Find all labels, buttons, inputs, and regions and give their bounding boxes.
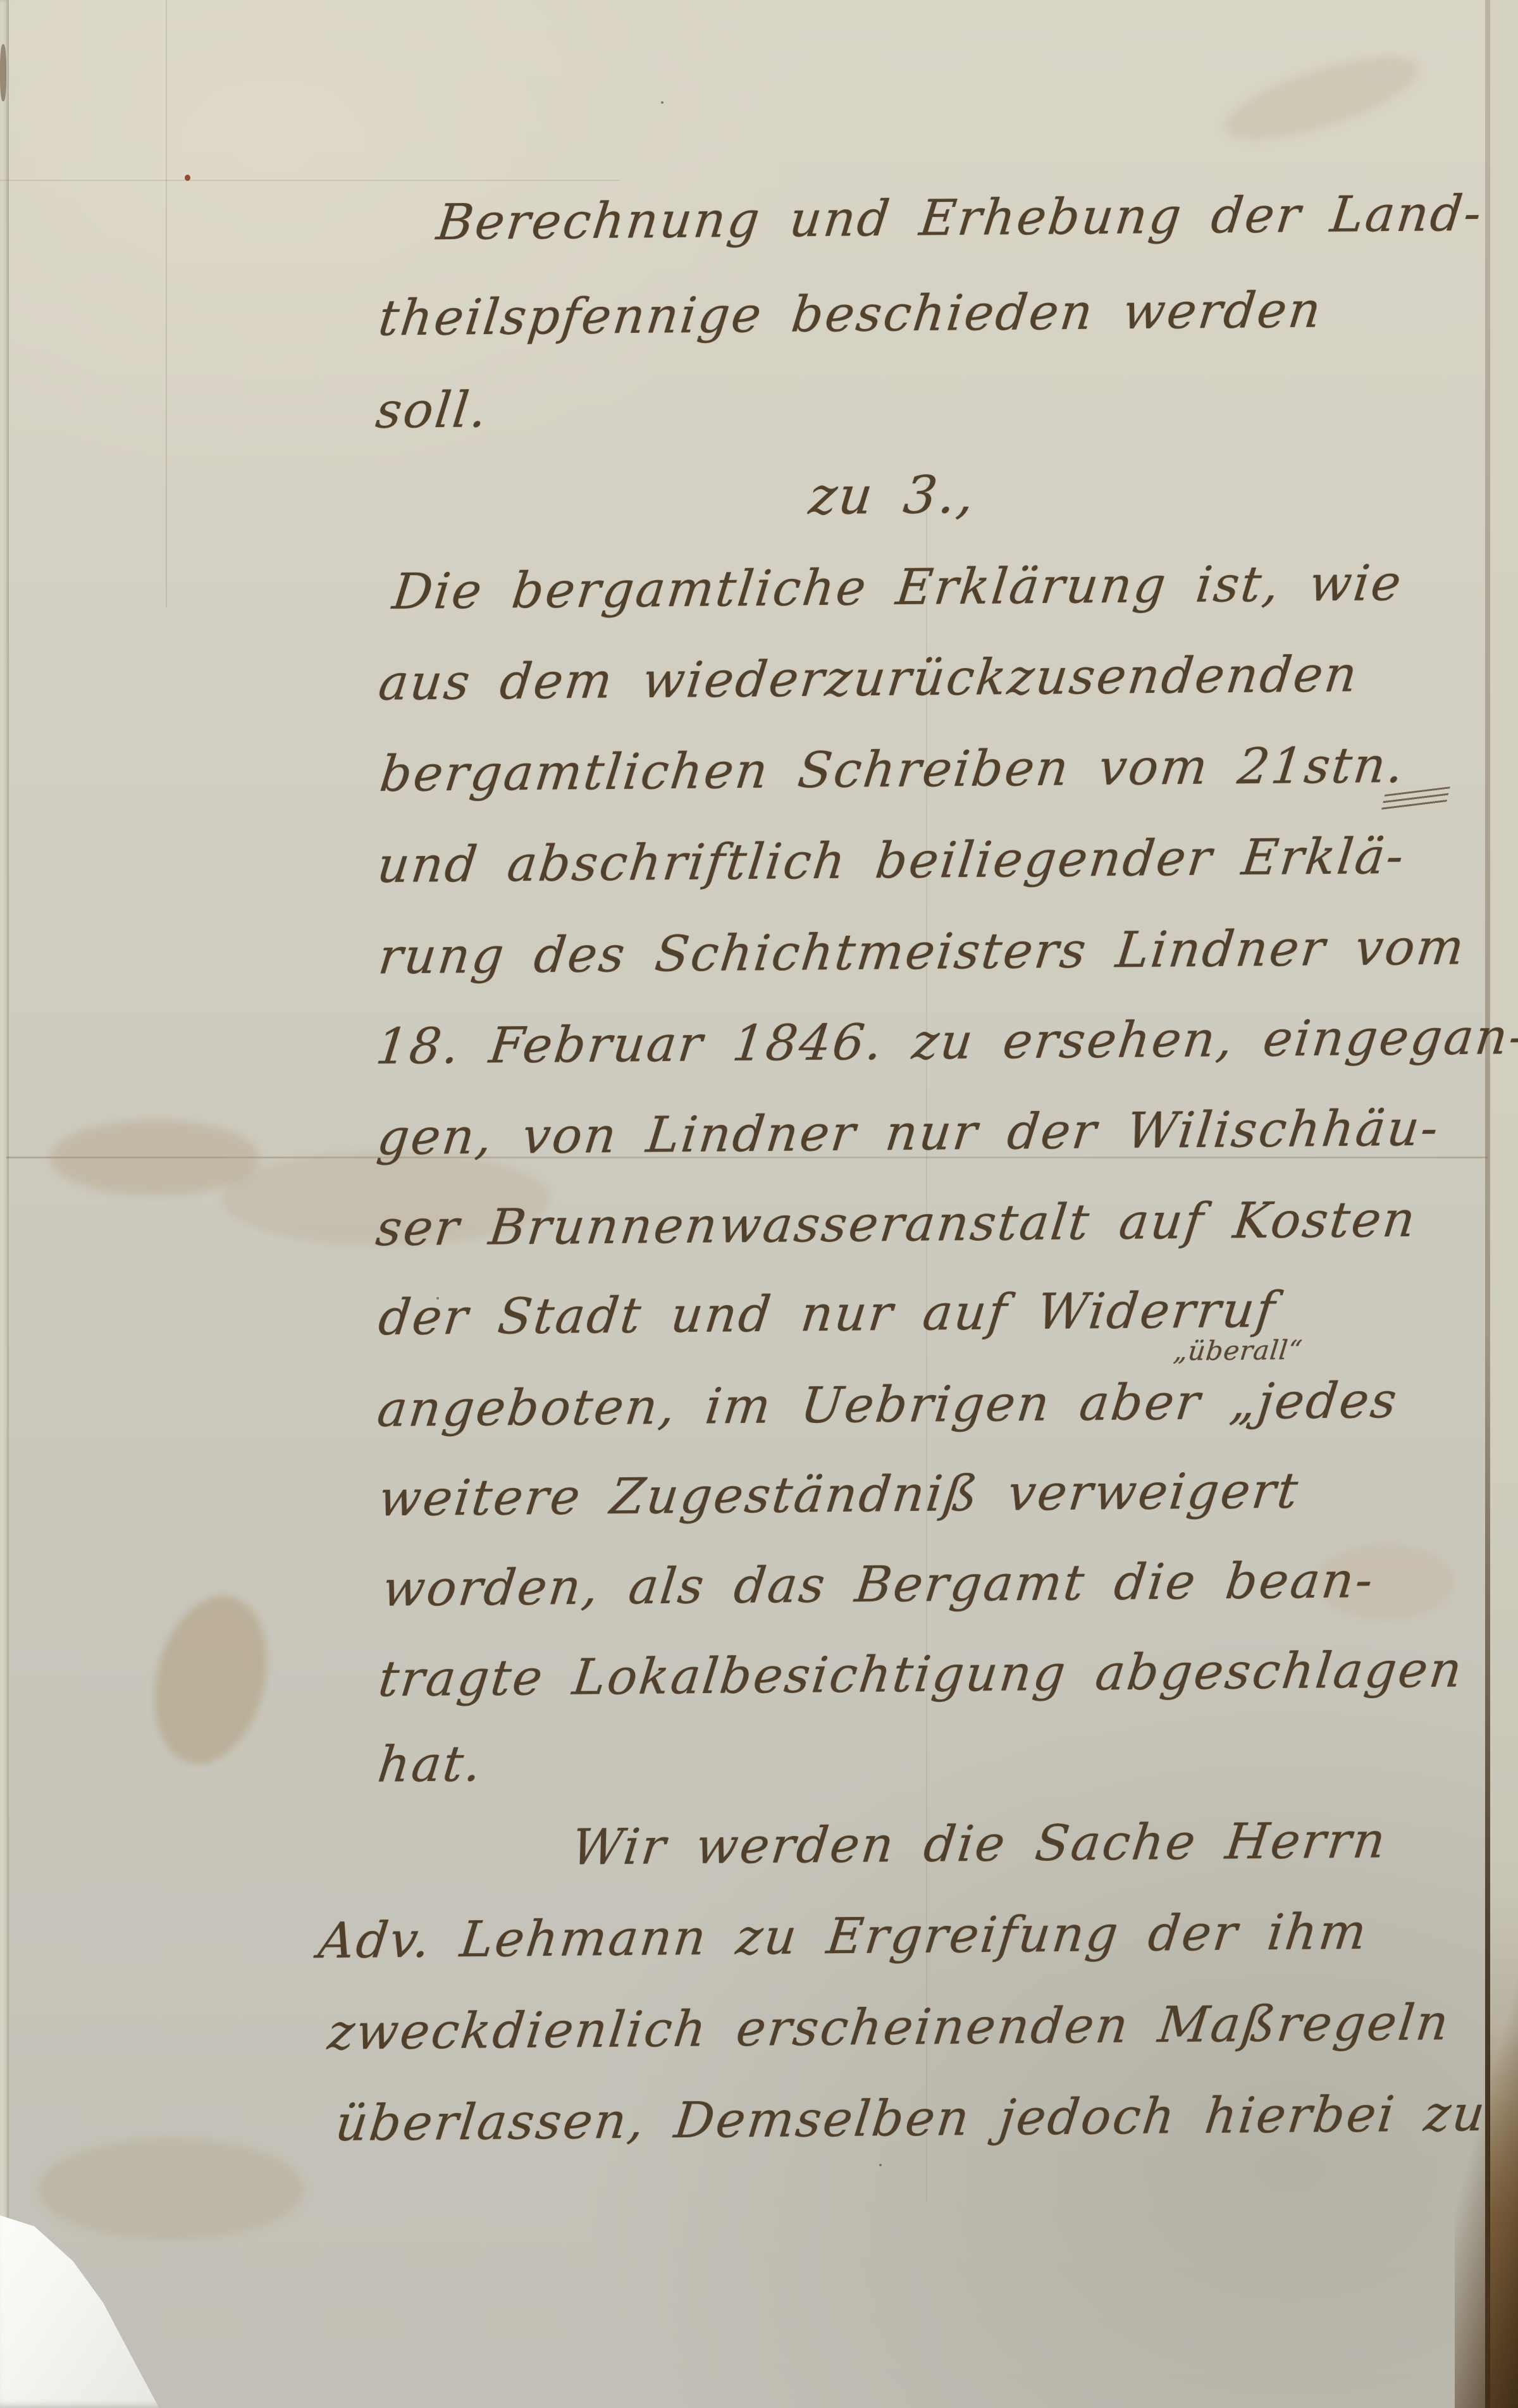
red-speck (185, 175, 190, 181)
handwritten-line: zweckdienlich erscheinenden Maßregeln (325, 1994, 1453, 2061)
handwritten-line: theilspfennige beschieden werden (376, 282, 1326, 347)
stain-top-right (1217, 40, 1427, 156)
paper-speck (879, 2164, 882, 2166)
handwritten-line: weitere Zugeständniß verweigert (376, 1463, 1302, 1528)
left-paper-edge (0, 0, 9, 2408)
left-corner-shadow (0, 44, 6, 101)
handwritten-line: soll. (373, 382, 491, 440)
faint-top-crease (0, 180, 620, 181)
page-edge-shadow (1455, 1917, 1518, 2408)
vertical-crease-top (166, 0, 167, 607)
handwritten-line: und abschriftlich beiliegender Erklä- (374, 828, 1408, 894)
handwritten-line: ser Brunnenwasseranstalt auf Kosten (373, 1191, 1420, 1257)
handwritten-line: Adv. Lehmann zu Ergreifung der ihm (316, 1904, 1371, 1970)
handwritten-line: überlassen, Demselben jedoch hierbei zu (333, 2085, 1490, 2152)
handwritten-line: der Stadt und nur auf Widerruf (376, 1282, 1280, 1346)
stain-bottom (38, 2138, 304, 2240)
handwritten-line: aus dem wiederzurückzusendenden (376, 646, 1362, 711)
handwritten-line: angeboten, im Uebrigen aber „jedes (374, 1372, 1401, 1438)
section-heading: zu 3., (806, 465, 978, 526)
handwritten-line: rung des Schichtmeisters Lindner vom (376, 919, 1469, 986)
ink-stain (138, 1584, 283, 1775)
handwritten-line: 18. Februar 1846. zu ersehen, eingegan- (373, 1009, 1518, 1076)
interline-insertion: „überall“ (1172, 1334, 1304, 1367)
handwritten-line: Die bergamtliche Erklärung ist, wie (390, 555, 1405, 621)
handwritten-line: hat. (375, 1735, 486, 1793)
manuscript-photo: Berechnung und Erhebung der Land- theils… (0, 0, 1518, 2408)
handwritten-line: bergamtlichen Schreiben vom 21stn. (377, 737, 1408, 803)
paper-speck (661, 101, 663, 104)
handwritten-line: tragte Lokalbesichtigung abgeschlagen (376, 1642, 1467, 1708)
handwritten-line: Wir werden die Sache Herrn (569, 1812, 1390, 1876)
handwritten-line: worden, als das Bergamt die bean- (379, 1552, 1378, 1618)
handwritten-line: gen, von Lindner nur der Wilischhäu- (374, 1100, 1443, 1167)
handwritten-line: Berechnung und Erhebung der Land- (434, 185, 1486, 251)
